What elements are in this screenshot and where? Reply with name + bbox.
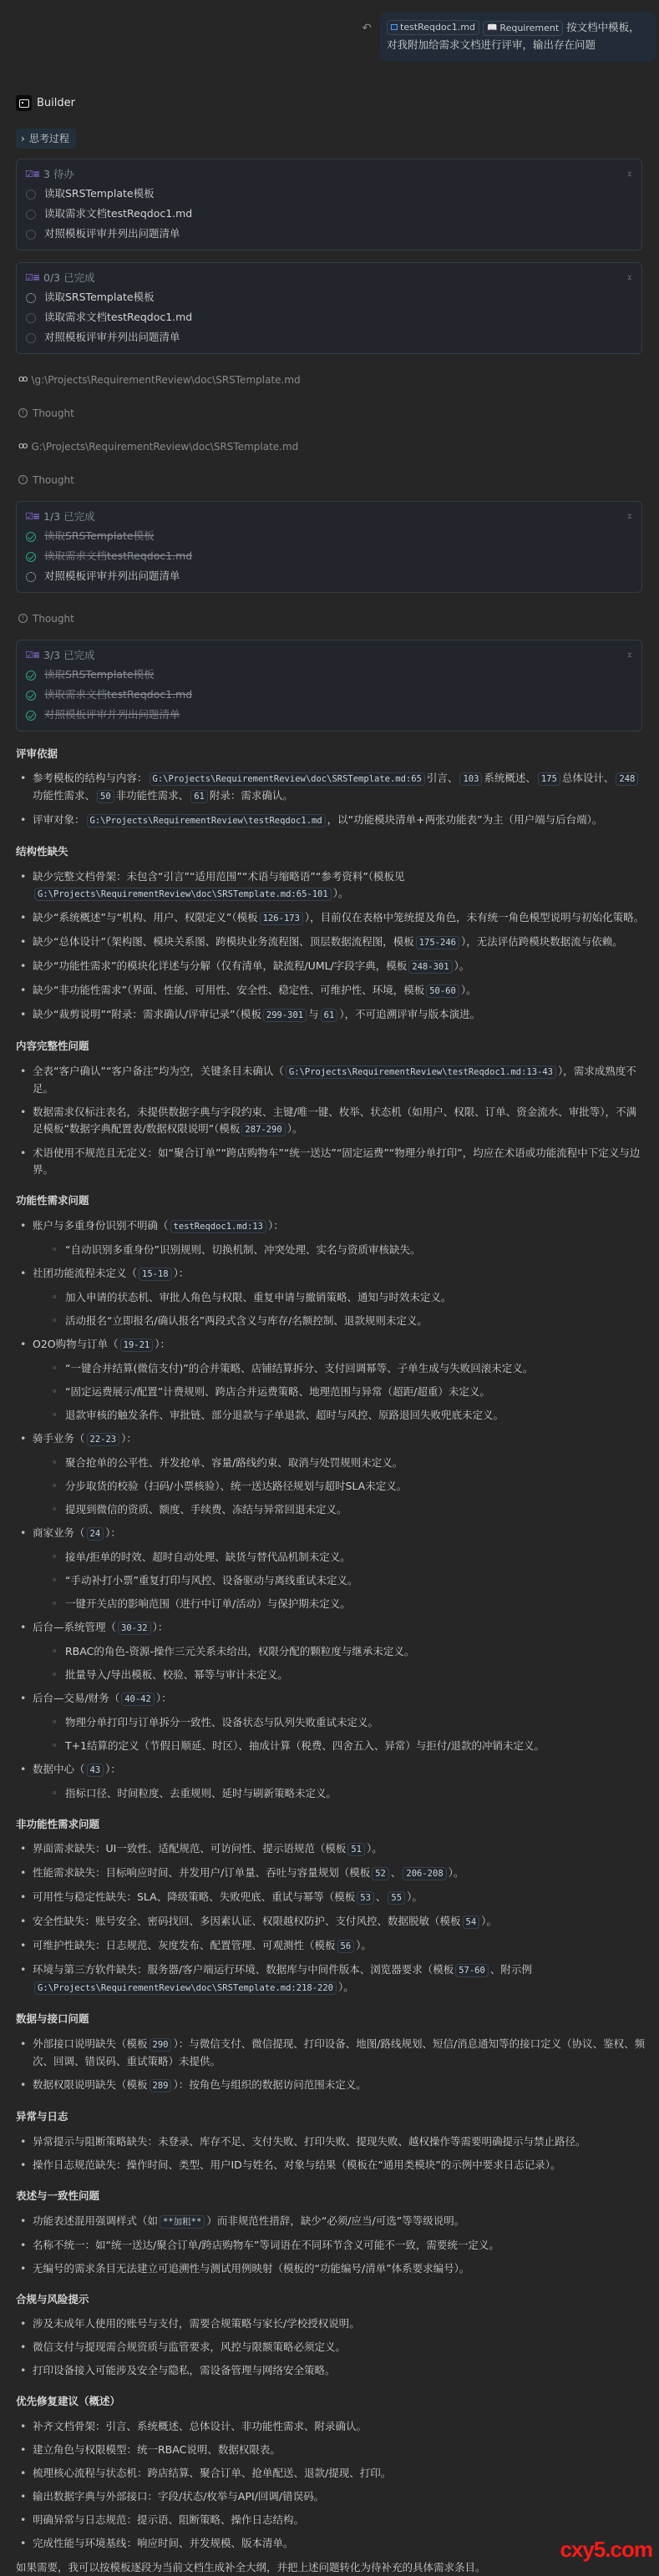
list-item: 名称不统一：如“统一送达/聚合订单/跨店购物车”等词语在不同环节含义可能不一致，… bbox=[16, 2237, 646, 2254]
check-circle-icon bbox=[26, 671, 36, 681]
list-item: 功能表述混用强调样式（如**加粗**）而非规范性措辞，缺少“必须/应当/可选”等… bbox=[16, 2213, 646, 2230]
sub-list-item: 分步取货的校验（扫码/小票核验）、统一送达路径规划与超时SLA未定义。 bbox=[33, 1478, 646, 1495]
code-ref[interactable]: 287-290 bbox=[241, 1123, 285, 1136]
code-ref[interactable]: 51 bbox=[347, 1843, 365, 1856]
sub-list-item: “手动补打小票”重复打印与风控、设备驱动与离线重试未定义。 bbox=[33, 1572, 646, 1589]
text: 非功能性需求、 bbox=[116, 789, 190, 802]
todo-label: 读取SRSTemplate模板 bbox=[44, 290, 155, 306]
todo-label: 读取SRSTemplate模板 bbox=[44, 529, 155, 544]
text: 缺少“系统概述”与“机构、用户、权限定义”（模板 bbox=[33, 911, 258, 924]
todo-label: 读取SRSTemplate模板 bbox=[44, 667, 155, 683]
code-ref[interactable]: 248 bbox=[616, 772, 638, 786]
todo-item: 读取SRSTemplate模板 bbox=[25, 666, 633, 686]
code-ref[interactable]: 289 bbox=[150, 2079, 172, 2093]
list-item: O2O购物与订单（19-21）：“一键合并结算(微信支付)”的合并策略、店铺结算… bbox=[16, 1336, 646, 1424]
list-item: 术语使用不规范且无定义：如“聚合订单”“跨店购物车”“统一送达”“固定运费”“物… bbox=[16, 1145, 646, 1178]
text: ）： bbox=[105, 1763, 121, 1775]
code-ref: **加粗** bbox=[160, 2215, 205, 2229]
code-ref[interactable]: 22-23 bbox=[87, 1433, 120, 1446]
text: ）。 bbox=[333, 887, 349, 899]
list-item: 缺少“系统概述”与“机构、用户、权限定义”（模板126-173），目前仅在表格中… bbox=[16, 909, 646, 927]
list-item: 梳理核心流程与状态机：跨店结算、聚合订单、抢单配送、退款/提现、打印。 bbox=[16, 2465, 646, 2482]
todo-card: ☑≡3 待办⌄⌃ 读取SRSTemplate模板 读取需求文档testReqdo… bbox=[16, 159, 642, 251]
todo-item: 对照模板评审并列出问题清单 bbox=[25, 706, 633, 726]
code-ref[interactable]: 50-60 bbox=[426, 984, 459, 998]
text: ）： bbox=[153, 1621, 169, 1633]
text: ）： bbox=[268, 1219, 284, 1232]
code-ref[interactable]: 299-301 bbox=[263, 1009, 307, 1022]
code-ref[interactable]: 56 bbox=[337, 1940, 355, 1953]
code-ref[interactable]: G:\Projects\RequirementReview\doc\SRSTem… bbox=[150, 772, 425, 786]
checklist-icon: ☑≡ bbox=[25, 510, 43, 524]
todo-card: ☑≡3/3 已完成⌄⌃ 读取SRSTemplate模板 读取需求文档testRe… bbox=[16, 640, 642, 731]
text: 安全性缺失：账号安全、密码找回、多因素认证、权限越权防护、支付风控、数据脱敏（模… bbox=[33, 1915, 461, 1927]
list-item: 后台—交易/财务（40-42）：物理分单打印与订单拆分一致性、设备状态与队列失败… bbox=[16, 1690, 646, 1754]
code-ref[interactable]: 52 bbox=[372, 1867, 389, 1880]
todo-card: ☑≡1/3 已完成⌄⌃ 读取SRSTemplate模板 读取需求文档testRe… bbox=[16, 501, 642, 593]
todo-card-title: 3 待办 bbox=[43, 167, 74, 183]
list-item: 可维护性缺失：日志规范、灰度发布、配置管理、可观测性（模板56）。 bbox=[16, 1937, 646, 1955]
sub-list-item: 接单/拒单的时效、超时自动处理、缺货与替代品机制未定义。 bbox=[33, 1549, 646, 1566]
sub-list-item: “一键合并结算(微信支付)”的合并策略、店铺结算拆分、支付回调幂等、子单生成与失… bbox=[33, 1360, 646, 1377]
file-read-line[interactable]: ooG:\Projects\RequirementReview\doc\SRST… bbox=[18, 439, 659, 454]
text: ）。 bbox=[356, 1939, 372, 1951]
text: 、 bbox=[376, 1890, 387, 1903]
section-heading: 非功能性需求问题 bbox=[16, 1817, 646, 1833]
todo-card-title: 3/3 已完成 bbox=[43, 648, 95, 664]
list-item: 输出数据字典与外部接口：字段/状态/枚举与API/回调/错误码。 bbox=[16, 2488, 646, 2505]
attachment-label: testReqdoc1.md bbox=[400, 18, 475, 36]
todo-label: 对照模板评审并列出问题清单 bbox=[44, 226, 180, 242]
text: 、 bbox=[391, 1866, 402, 1879]
text: ）。 bbox=[481, 1915, 497, 1927]
text: ）： bbox=[121, 1432, 137, 1445]
todo-item: 读取需求文档testReqdoc1.md bbox=[25, 205, 633, 225]
thought-label: Thought bbox=[33, 406, 74, 421]
list-item: 缺少“总体设计”（架构图、模块关系图、跨模块业务流程图、顶层数据流程图，模板17… bbox=[16, 934, 646, 951]
text: 、附示例 bbox=[490, 1963, 532, 1976]
text: ）。 bbox=[407, 1890, 423, 1903]
code-ref[interactable]: 61 bbox=[190, 790, 208, 803]
code-ref[interactable]: 15-18 bbox=[139, 1268, 172, 1281]
pending-circle-icon bbox=[26, 313, 36, 323]
sub-list-item: T+1结算的定义（节假日顺延、时区）、抽成计算（税费、四舍五入、异常）与拒付/退… bbox=[33, 1738, 646, 1754]
sub-list-item: 提现到微信的资质、额度、手续费、冻结与异常回退未定义。 bbox=[33, 1501, 646, 1518]
code-ref[interactable]: G:\Projects\RequirementReview\testReqdoc… bbox=[286, 1065, 556, 1079]
code-ref[interactable]: 126-173 bbox=[260, 912, 303, 925]
text: ）： bbox=[155, 1338, 170, 1350]
file-path: \g:\Projects\RequirementReview\doc\SRSTe… bbox=[31, 372, 300, 387]
code-ref[interactable]: 30-32 bbox=[118, 1622, 151, 1635]
list-item: 参考模板的结构与内容：G:\Projects\RequirementReview… bbox=[16, 770, 646, 805]
code-ref[interactable]: 206-208 bbox=[403, 1867, 446, 1880]
sub-list-item: RBAC的角色-资源-操作三元关系未给出，权限分配的颗粒度与继承未定义。 bbox=[33, 1643, 646, 1660]
todo-label: 对照模板评审并列出问题清单 bbox=[44, 569, 180, 585]
code-ref[interactable]: 290 bbox=[150, 2038, 172, 2052]
list-item: 性能需求缺失：目标响应时间、并发用户/订单量、吞吐与容量规划（模板52、206-… bbox=[16, 1865, 646, 1882]
text: 术语使用不规范且无定义：如“聚合订单”“跨店购物车”“统一送达”“固定运费”“物… bbox=[33, 1146, 640, 1176]
list-item: 缺少“功能性需求”的模块化详述与分解（仅有清单，缺流程/UML/字段字典，模板2… bbox=[16, 958, 646, 975]
text: 社团功能流程未定义（ bbox=[33, 1267, 137, 1279]
todo-item: 读取需求文档testReqdoc1.md bbox=[25, 547, 633, 567]
text: 引言、 bbox=[427, 772, 459, 784]
check-circle-icon bbox=[26, 552, 36, 562]
text: ）而非规范性措辞，缺少“必须/应当/可选”等等级说明。 bbox=[206, 2214, 464, 2227]
pending-circle-icon bbox=[26, 333, 36, 343]
text: 缺少“功能性需求”的模块化详述与分解（仅有清单，缺流程/UML/字段字典，模板 bbox=[33, 959, 407, 972]
section-heading: 合规与风险提示 bbox=[16, 2292, 646, 2308]
attachment-chip-doc[interactable]: 📖Requirement bbox=[483, 21, 563, 36]
undo-icon[interactable]: ↶ bbox=[362, 20, 372, 38]
user-message-row: ↶ testReqdoc1.md 📖Requirement 按文档中模板，对我附… bbox=[0, 0, 659, 62]
list-item: 界面需求缺失：UI一致性、适配规范、可访问性、提示语规范（模板51）。 bbox=[16, 1840, 646, 1858]
list-item: 缺少完整文档骨架：未包含“引言”“适用范围”“术语与缩略语”“参考资料”（模板见… bbox=[16, 868, 646, 903]
todo-card: ☑≡0/3 已完成⌄⌃ 读取SRSTemplate模板 读取需求文档testRe… bbox=[16, 262, 642, 354]
code-ref[interactable]: 54 bbox=[463, 1916, 480, 1929]
todo-label: 对照模板评审并列出问题清单 bbox=[44, 707, 180, 723]
collapse-icon[interactable]: ⌄⌃ bbox=[626, 272, 633, 286]
code-ref[interactable]: 55 bbox=[388, 1891, 405, 1905]
text: 总体设计、 bbox=[562, 772, 615, 784]
chevron-right-icon: › bbox=[21, 131, 25, 146]
check-circle-icon bbox=[26, 532, 36, 542]
section-heading: 评审依据 bbox=[16, 746, 646, 762]
code-ref[interactable]: G:\Projects\RequirementReview\doc\SRSTem… bbox=[34, 888, 332, 901]
list-item: 安全性缺失：账号安全、密码找回、多因素认证、权限越权防护、支付风控、数据脱敏（模… bbox=[16, 1913, 646, 1931]
sub-list-item: 物理分单打印与订单拆分一致性、设备状态与队列失败重试未定义。 bbox=[33, 1714, 646, 1731]
book-icon: 📖 bbox=[487, 19, 497, 37]
text: 界面需求缺失：UI一致性、适配规范、可访问性、提示语规范（模板 bbox=[33, 1842, 346, 1855]
text: ，以“功能模块清单+两张功能表”为主（用户端与后台端）。 bbox=[327, 813, 603, 826]
sub-list-item: 批量导入/导出模板、校验、幂等与审计未定义。 bbox=[33, 1667, 646, 1683]
code-ref[interactable]: 40-42 bbox=[121, 1693, 155, 1706]
code-ref[interactable]: 53 bbox=[357, 1891, 374, 1905]
todo-label: 读取需求文档testReqdoc1.md bbox=[44, 206, 192, 222]
list-item: 账户与多重身份识别不明确（testReqdoc1.md:13）：“自动识别多重身… bbox=[16, 1217, 646, 1258]
sub-list-item: 加入申请的状态机、审批人角色与权限、重复申请与撤销策略、通知与时效未定义。 bbox=[33, 1289, 646, 1306]
text: ），目前仅在表格中笼统提及角色，未有统一角色模型说明与初始化策略。 bbox=[305, 911, 644, 924]
sub-list-item: 退款审核的触发条件、审批链、部分退款与子单退款、超时与风控、原路退回失败兜底未定… bbox=[33, 1407, 646, 1424]
thought-line[interactable]: !Thought bbox=[18, 611, 659, 626]
pending-circle-icon bbox=[26, 230, 36, 240]
code-ref[interactable]: 175 bbox=[538, 772, 560, 786]
todo-label: 读取需求文档testReqdoc1.md bbox=[44, 687, 192, 703]
text: 数据权限说明缺失（模板 bbox=[33, 2078, 148, 2091]
list-item: 评审对象：G:\Projects\RequirementReview\testR… bbox=[16, 812, 646, 829]
list-item: 建立角色与权限模型：统一RBAC说明、数据权限表。 bbox=[16, 2442, 646, 2458]
glasses-icon: oo bbox=[18, 372, 26, 387]
text: 数据需求仅标注表名，未提供数据字典与字段约束、主键/唯一键、枚举、状态机（如用户… bbox=[33, 1106, 636, 1135]
text: 商家业务（ bbox=[33, 1526, 85, 1539]
text: ），不可追溯评审与版本演进。 bbox=[339, 1008, 480, 1020]
text: 系统概述、 bbox=[484, 772, 536, 784]
review-report: 评审依据 参考模板的结构与内容：G:\Projects\RequirementR… bbox=[0, 746, 659, 2576]
list-item: 补齐文档骨架：引言、系统概述、总体设计、非功能性需求、附录确认。 bbox=[16, 2418, 646, 2435]
sub-list-item: 活动报名“立即报名/确认报名”两段式含义与库存/名额控制、退款规则未定义。 bbox=[33, 1313, 646, 1329]
todo-item: 读取SRSTemplate模板 bbox=[25, 527, 633, 547]
text: O2O购物与订单（ bbox=[33, 1338, 119, 1350]
list-item: 外部接口说明缺失（模板290）：与微信支付、微信提现、打印设备、地图/路线规划、… bbox=[16, 2036, 646, 2070]
list-item: 打印设备接入可能涉及安全与隐私，需设备管理与网络安全策略。 bbox=[16, 2362, 646, 2379]
collapse-icon[interactable]: ⌄⌃ bbox=[626, 650, 633, 663]
text: ），无法评估跨模块数据流与依赖。 bbox=[461, 935, 623, 948]
thought-label: Thought bbox=[33, 473, 74, 488]
check-circle-icon bbox=[26, 711, 36, 721]
file-read-line[interactable]: oo\g:\Projects\RequirementReview\doc\SRS… bbox=[18, 372, 659, 387]
text: ）。 bbox=[454, 959, 470, 972]
text: 缺少“总体设计”（架构图、模块关系图、跨模块业务流程图、顶层数据流程图，模板 bbox=[33, 935, 414, 948]
agent-header: Builder bbox=[16, 95, 659, 112]
text: 评审对象： bbox=[33, 813, 85, 826]
text: 数据中心（ bbox=[33, 1763, 85, 1775]
text: ）： bbox=[174, 1267, 190, 1279]
list-item: 涉及未成年人使用的账号与支付，需要合规策略与家长/学校授权说明。 bbox=[16, 2315, 646, 2332]
checklist-icon: ☑≡ bbox=[25, 168, 43, 182]
todo-label: 读取需求文档testReqdoc1.md bbox=[44, 310, 192, 326]
section-heading: 异常与日志 bbox=[16, 2109, 646, 2125]
text: 功能表述混用强调样式（如 bbox=[33, 2214, 158, 2227]
list-item: 社团功能流程未定义（15-18）：加入申请的状态机、审批人角色与权限、重复申请与… bbox=[16, 1265, 646, 1329]
list-item: 无编号的需求条目无法建立可追溯性与测试用例映射（模板的“功能编号/清单”体系要求… bbox=[16, 2260, 646, 2277]
list-item: 完成性能与环境基线：响应时间、并发规模、版本清单。 bbox=[16, 2535, 646, 2552]
code-ref[interactable]: testReqdoc1.md:13 bbox=[170, 1220, 266, 1233]
code-ref[interactable]: 19-21 bbox=[120, 1339, 154, 1352]
todo-item: 读取SRSTemplate模板 bbox=[25, 288, 633, 308]
list-item: 异常提示与阻断策略缺失：未登录、库存不足、支付失败、打印失败、提现失败、越权操作… bbox=[16, 2133, 646, 2150]
text: ）。 bbox=[461, 984, 477, 996]
text: 参考模板的结构与内容： bbox=[33, 772, 148, 784]
todo-label: 读取需求文档testReqdoc1.md bbox=[44, 549, 192, 564]
list-item: 数据需求仅标注表名，未提供数据字典与字段约束、主键/唯一键、枚举、状态机（如用户… bbox=[16, 1104, 646, 1138]
list-item: 缺少“非功能性需求”（界面、性能、可用性、安全性、稳定性、可维护性、环境，模板5… bbox=[16, 982, 646, 1000]
todo-card-title: 1/3 已完成 bbox=[43, 509, 95, 525]
lightbulb-icon: ! bbox=[18, 614, 28, 623]
in-progress-icon bbox=[26, 293, 36, 303]
list-item: 骑手业务（22-23）：聚合抢单的公平性、并发抢单、容量/路线约束、取消与处罚规… bbox=[16, 1430, 646, 1518]
todo-label: 对照模板评审并列出问题清单 bbox=[44, 330, 180, 346]
checklist-icon: ☑≡ bbox=[25, 649, 43, 663]
closing-remark: 如果需要，我可以按模板逐段为当前文档生成补全大纲，并把上述问题转化为待补充的具体… bbox=[16, 2560, 646, 2576]
in-progress-icon bbox=[26, 572, 36, 582]
text: 后台—交易/财务（ bbox=[33, 1692, 119, 1704]
collapse-icon[interactable]: ⌄⌃ bbox=[626, 511, 633, 524]
list-item: 商家业务（24）：接单/拒单的时效、超时自动处理、缺货与替代品机制未定义。“手动… bbox=[16, 1525, 646, 1612]
thought-line[interactable]: !Thought bbox=[18, 473, 659, 488]
code-ref[interactable]: 61 bbox=[321, 1009, 338, 1022]
code-ref[interactable]: 50 bbox=[97, 790, 114, 803]
code-ref[interactable]: 175-246 bbox=[416, 936, 459, 949]
user-message-bubble: testReqdoc1.md 📖Requirement 按文档中模板，对我附加给… bbox=[380, 12, 656, 62]
text: 可维护性缺失：日志规范、灰度发布、配置管理、可观测性（模板 bbox=[33, 1939, 336, 1951]
text: 外部接口说明缺失（模板 bbox=[33, 2037, 148, 2050]
text: 性能需求缺失：目标响应时间、并发用户/订单量、吞吐与容量规划（模板 bbox=[33, 1866, 370, 1879]
section-heading: 表述与一致性问题 bbox=[16, 2189, 646, 2204]
lightbulb-icon: ! bbox=[18, 475, 28, 484]
sub-list-item: 指标口径、时间粒度、去重规则、延时与刷新策略未定义。 bbox=[33, 1785, 646, 1802]
todo-item: 读取SRSTemplate模板 bbox=[25, 185, 633, 205]
todo-item: 读取需求文档testReqdoc1.md bbox=[25, 308, 633, 328]
text: 环境与第三方软件缺失：服务器/客户端运行环境、数据库与中间件版本、浏览器要求（模… bbox=[33, 1963, 454, 1976]
section-heading: 功能性需求问题 bbox=[16, 1193, 646, 1209]
todo-label: 读取SRSTemplate模板 bbox=[44, 186, 155, 202]
todo-card-title: 0/3 已完成 bbox=[43, 271, 95, 286]
sub-list-item: 一键开关店的影响范围（进行中订单/活动）与保护期未定义。 bbox=[33, 1596, 646, 1612]
text: 缺少“裁剪说明”“附录：需求确认/评审记录”（模板 bbox=[33, 1008, 261, 1020]
list-item: 明确异常与日志规范：提示语、阻断策略、操作日志结构。 bbox=[16, 2512, 646, 2528]
thinking-label: 思考过程 bbox=[29, 131, 69, 146]
thinking-process-toggle[interactable]: › 思考过程 bbox=[16, 129, 76, 149]
file-path: G:\Projects\RequirementReview\doc\SRSTem… bbox=[31, 439, 298, 454]
text: ）：按角色与组织的数据访问范围未定义。 bbox=[173, 2078, 366, 2091]
section-heading: 优先修复建议（概述） bbox=[16, 2394, 646, 2410]
functional-issues-list: 账户与多重身份识别不明确（testReqdoc1.md:13）：“自动识别多重身… bbox=[16, 1217, 646, 1802]
list-item: 后台—系统管理（30-32）：RBAC的角色-资源-操作三元关系未给出，权限分配… bbox=[16, 1619, 646, 1683]
code-ref[interactable]: G:\Projects\RequirementReview\testReqdoc… bbox=[87, 814, 326, 827]
text: ）。 bbox=[449, 1866, 464, 1879]
list-item: 缺少“裁剪说明”“附录：需求确认/评审记录”（模板299-301与61），不可追… bbox=[16, 1006, 646, 1024]
list-item: 操作日志规范缺失：操作时间、类型、用户ID与姓名、对象与结果（模板在“通用类模块… bbox=[16, 2157, 646, 2174]
text: 后台—系统管理（ bbox=[33, 1621, 116, 1633]
pending-circle-icon bbox=[26, 190, 36, 200]
text: 缺少“非功能性需求”（界面、性能、可用性、安全性、稳定性、可维护性、环境，模板 bbox=[33, 984, 424, 996]
text: ）： bbox=[105, 1526, 121, 1539]
agent-name: Builder bbox=[37, 95, 75, 112]
glasses-icon: oo bbox=[18, 439, 26, 453]
code-ref[interactable]: 24 bbox=[87, 1527, 104, 1541]
sub-list-item: “固定运费展示/配置”计费规则、跨店合并运费策略、地理范围与异常（超距/超重）未… bbox=[33, 1384, 646, 1400]
markdown-file-icon bbox=[391, 24, 398, 30]
watermark: cxy5.com bbox=[560, 2533, 652, 2566]
text: ）： bbox=[156, 1692, 172, 1704]
code-ref[interactable]: G:\Projects\RequirementReview\doc\SRSTem… bbox=[34, 1981, 337, 1995]
thought-label: Thought bbox=[33, 611, 74, 626]
attachment-chip-file[interactable]: testReqdoc1.md bbox=[387, 20, 479, 35]
list-item: 数据权限说明缺失（模板289）：按角色与组织的数据访问范围未定义。 bbox=[16, 2077, 646, 2094]
text: 全表“客户确认”“客户备注”均为空，关键条目未确认（ bbox=[33, 1065, 284, 1077]
text: ）。 bbox=[287, 1122, 303, 1135]
section-heading: 结构性缺失 bbox=[16, 844, 646, 860]
text: ）。 bbox=[367, 1842, 383, 1855]
collapse-icon[interactable]: ⌄⌃ bbox=[626, 169, 633, 182]
text: 骑手业务（ bbox=[33, 1432, 85, 1445]
text: 附录：需求确认。 bbox=[210, 789, 293, 802]
text: 缺少完整文档骨架：未包含“引言”“适用范围”“术语与缩略语”“参考资料”（模板见 bbox=[33, 870, 405, 883]
code-ref[interactable]: 43 bbox=[87, 1764, 104, 1777]
code-ref[interactable]: 248-301 bbox=[408, 960, 452, 974]
list-item: 全表“客户确认”“客户备注”均为空，关键条目未确认（G:\Projects\Re… bbox=[16, 1063, 646, 1097]
sub-list-item: 聚合抢单的公平性、并发抢单、容量/路线约束、取消与处罚规则未定义。 bbox=[33, 1455, 646, 1471]
text: ）。 bbox=[338, 1981, 354, 1993]
bot-avatar-icon bbox=[16, 95, 32, 111]
section-heading: 数据与接口问题 bbox=[16, 2012, 646, 2027]
list-item: 数据中心（43）：指标口径、时间粒度、去重规则、延时与刷新策略未定义。 bbox=[16, 1761, 646, 1802]
sub-list-item: “自动识别多重身份”识别规则、切换机制、冲突处理、实名与资质审核缺失。 bbox=[33, 1242, 646, 1258]
code-ref[interactable]: 103 bbox=[459, 772, 482, 786]
list-item: 可用性与稳定性缺失：SLA、降级策略、失败兜底、重试与幂等（模板53、55）。 bbox=[16, 1889, 646, 1906]
lightbulb-icon: ! bbox=[18, 408, 28, 418]
text: 功能性需求、 bbox=[33, 789, 95, 802]
checklist-icon: ☑≡ bbox=[25, 271, 43, 286]
list-item: 微信支付与提现需合规资质与监管要求，风控与限额策略必须定义。 bbox=[16, 2339, 646, 2356]
text: 账户与多重身份识别不明确（ bbox=[33, 1219, 169, 1232]
list-item: 环境与第三方软件缺失：服务器/客户端运行环境、数据库与中间件版本、浏览器要求（模… bbox=[16, 1961, 646, 1997]
code-ref[interactable]: 57-60 bbox=[455, 1964, 489, 1977]
todo-item: 对照模板评审并列出问题清单 bbox=[25, 567, 633, 587]
text: 与 bbox=[308, 1008, 319, 1020]
todo-item: 对照模板评审并列出问题清单 bbox=[25, 225, 633, 245]
attachment-label: Requirement bbox=[499, 19, 559, 37]
text: 可用性与稳定性缺失：SLA、降级策略、失败兜底、重试与幂等（模板 bbox=[33, 1890, 355, 1903]
thought-line[interactable]: !Thought bbox=[18, 406, 659, 421]
todo-item: 对照模板评审并列出问题清单 bbox=[25, 328, 633, 348]
pending-circle-icon bbox=[26, 210, 36, 220]
check-circle-icon bbox=[26, 691, 36, 701]
section-heading: 内容完整性问题 bbox=[16, 1039, 646, 1055]
todo-item: 读取需求文档testReqdoc1.md bbox=[25, 686, 633, 706]
